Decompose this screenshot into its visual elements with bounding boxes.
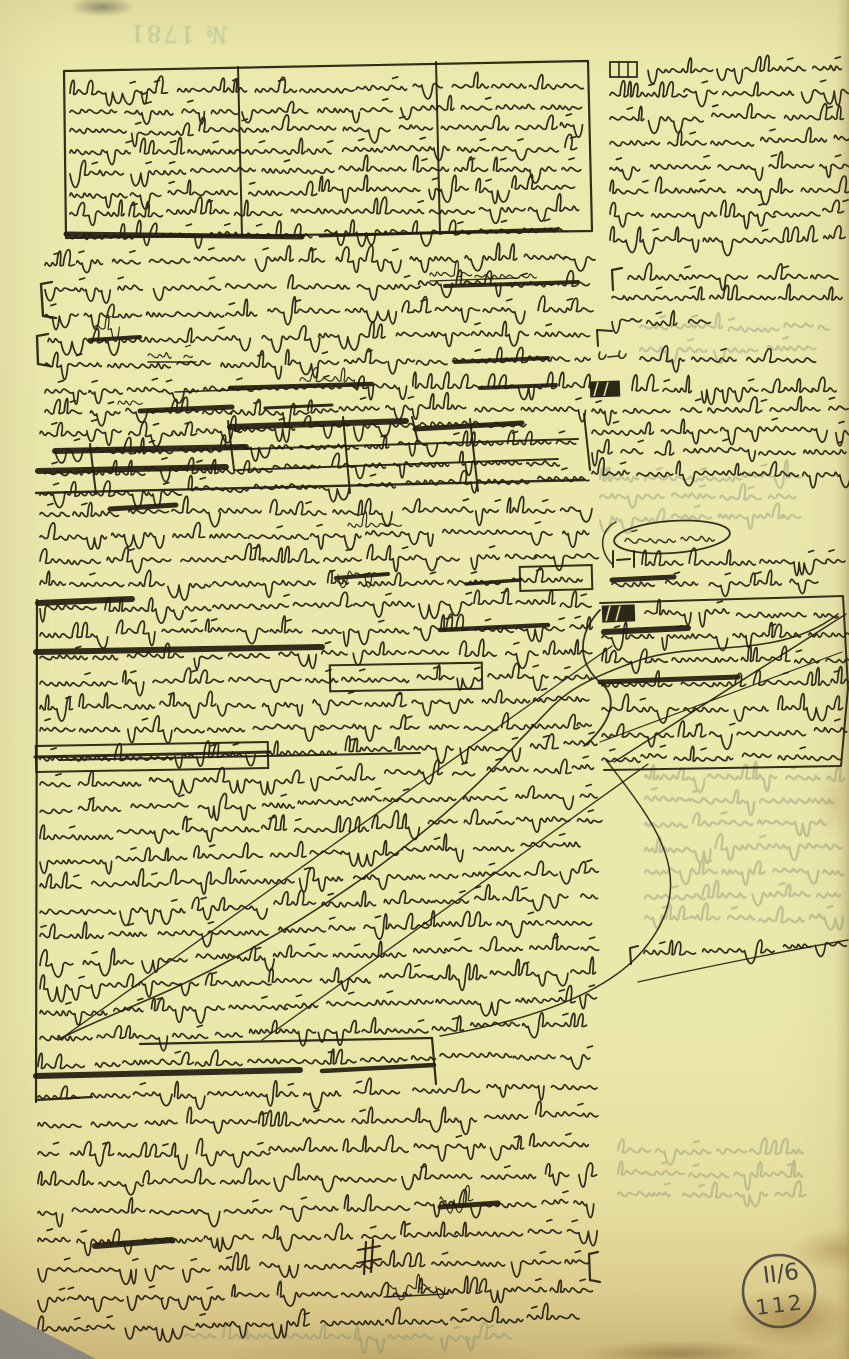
handwriting-block-m2a [628,263,838,290]
strike-or-rule-18 [36,480,584,493]
handwriting-block-b12 [38,1078,598,1342]
handwriting-block-m2c [612,311,710,333]
strike-or-rule-26 [336,574,388,578]
ghost-block-g3 [645,761,844,929]
strike-or-rule-5 [455,358,548,362]
strike-or-rule-55 [357,1259,381,1263]
strike-or-rule-50 [617,559,630,560]
handwriting-block-b2 [45,243,595,330]
strike-or-rule-54 [358,1246,380,1250]
strike-or-rule-43 [604,628,688,632]
handwriting-block-m2b [612,284,842,300]
handwriting-block-b11b [440,1046,593,1069]
handwriting-block-b1 [70,72,583,225]
handwriting-block-b9 [40,589,592,743]
strike-or-rule-28 [38,599,132,603]
handwriting-block-m6i [625,530,714,543]
frame-or-bracket-8 [597,330,612,346]
strike-or-rule-21 [470,419,478,491]
strike-or-rule-27 [466,580,520,584]
handwriting-block-m8a [645,600,838,627]
strike-or-rule-16 [38,467,226,471]
strike-or-rule-11 [265,405,332,408]
handwriting-block-b11 [38,1049,435,1068]
strike-or-rule-48 [600,652,842,742]
handwriting-block-m7b [612,570,818,596]
strike-or-rule-22 [584,414,590,470]
strike-or-rule-3 [430,278,518,281]
ghost-block-g1 [640,313,829,363]
strike-or-rule-36 [432,1038,436,1084]
grid-bars-0 [619,62,628,77]
scanned-manuscript-page: { "page": { "width": 849, "height": 1359… [0,0,849,1359]
strike-or-rule-38 [322,1065,434,1071]
strike-or-rule-4 [90,337,140,340]
strike-or-rule-20 [343,417,350,493]
handwriting-block-b8 [40,496,598,600]
handwriting-block-b10 [40,732,602,1051]
strike-or-rule-14 [55,447,246,451]
handwriting-block-m5b [592,396,849,487]
strike-or-rule-35 [140,1038,432,1044]
strike-or-rule-7 [230,384,372,388]
strike-or-rule-15 [246,439,578,449]
handwriting-block-m1a [648,55,841,83]
strike-or-rule-33 [36,600,37,1102]
ghost-block-g5 [185,1323,512,1353]
strike-or-rule-25 [110,505,176,509]
manuscript-handwriting-layer [0,0,849,1359]
grid-reference-symbol-0 [610,62,637,77]
frame-or-bracket-9 [630,946,638,964]
strike-or-rule-8 [480,385,556,388]
handwriting-block-m5a [632,374,836,404]
ghost-block-g4 [618,1138,806,1206]
strike-or-rule-42 [612,577,674,580]
strike-or-rule-52 [364,1242,366,1274]
connecting-curve-5 [599,351,626,359]
handwriting-block-m1 [610,80,849,255]
strike-or-rule-40 [95,1240,172,1246]
frame-or-bracket-6 [589,1252,600,1282]
strike-or-rule-44 [600,677,738,682]
handwriting-block-b6i [118,401,142,405]
circled-marginal-phrase [613,517,731,557]
strike-or-rule-10 [140,407,232,411]
frame-or-bracket-7 [612,268,622,290]
handwriting-block-b7e [40,468,589,508]
handwriting-block-b2i [430,261,536,279]
editorial-marks [35,61,848,1327]
handwriting-block-b4i [148,345,192,358]
strike-or-rule-37 [36,1070,300,1076]
handwriting-block-m8b [602,622,849,762]
strike-or-rule-12 [230,421,406,427]
handwriting-block-m9 [644,940,846,963]
